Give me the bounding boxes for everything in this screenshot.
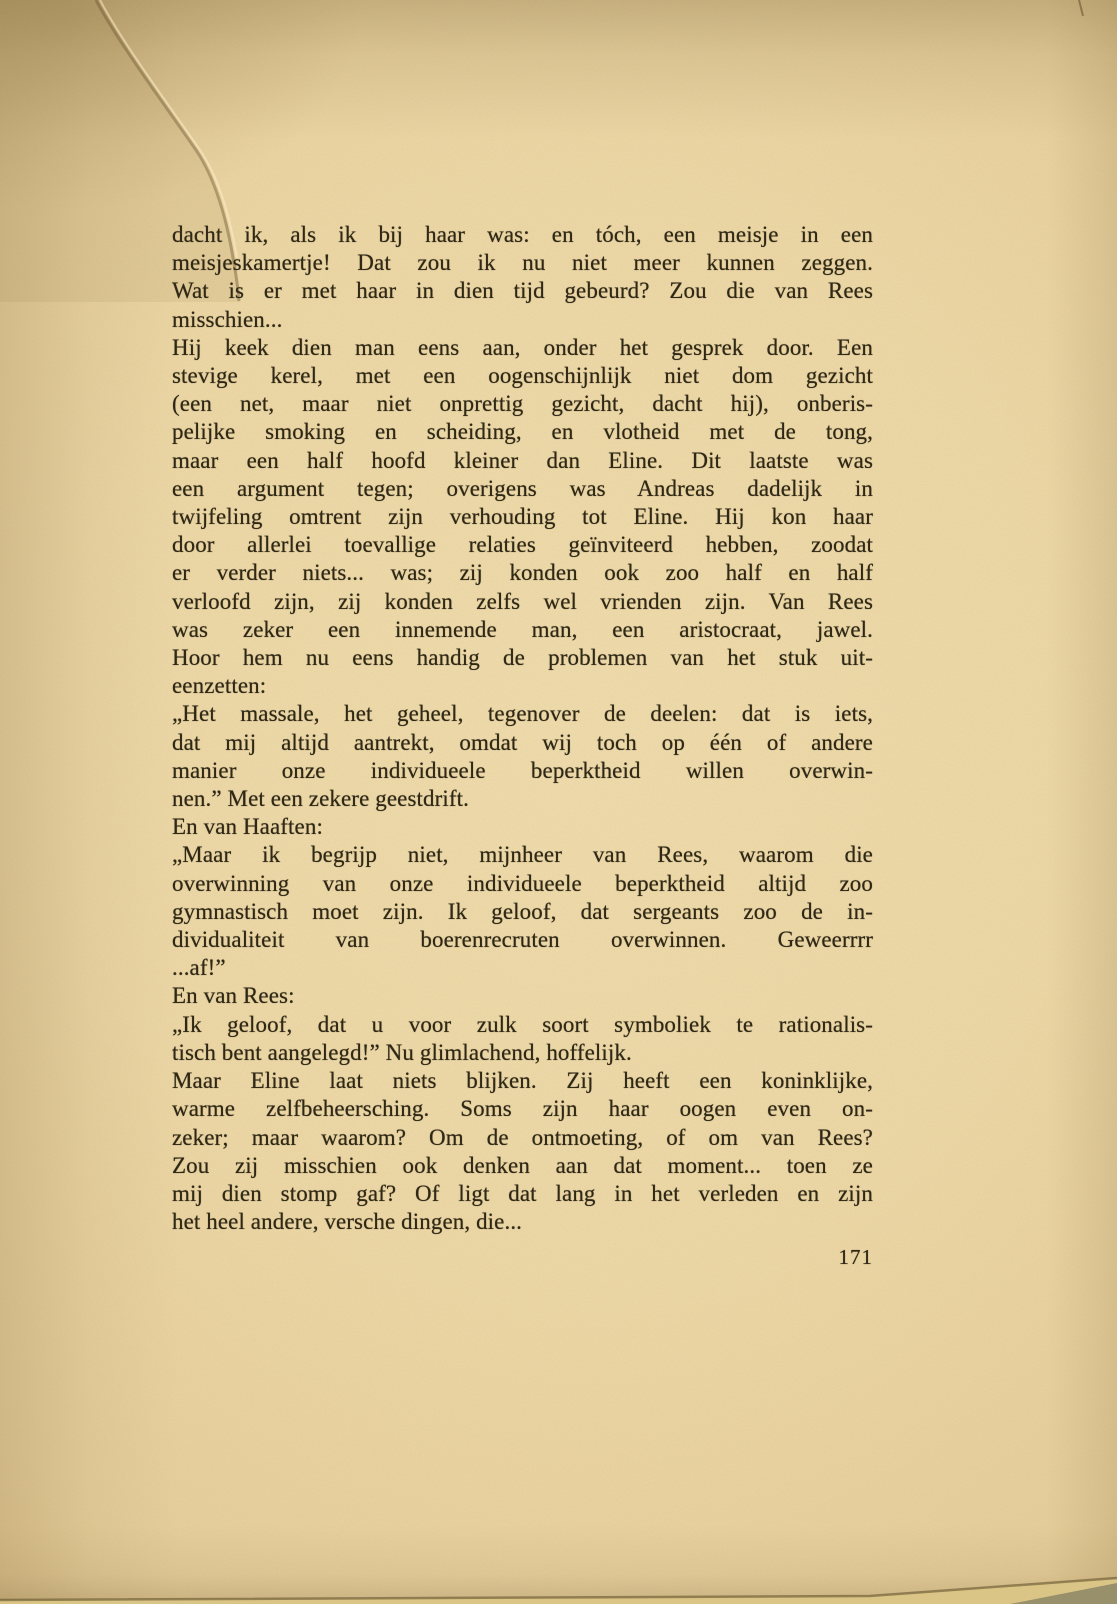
text-line: eenzetten:	[172, 672, 873, 700]
crease-highlight	[100, 0, 237, 258]
text-line: gymnastisch moet zijn. Ik geloof, dat se…	[172, 898, 873, 926]
text-line: Hij keek dien man eens aan, onder het ge…	[172, 334, 873, 362]
text-line: door allerlei toevallige relaties geïnvi…	[172, 531, 873, 559]
page-number: 171	[172, 1243, 873, 1271]
text-line: was zeker een innemende man, een aristoc…	[172, 616, 873, 644]
text-line: twijfeling omtrent zijn verhouding tot E…	[172, 503, 873, 531]
text-line: (een net, maar niet onprettig gezicht, d…	[172, 390, 873, 418]
text-line: Hoor hem nu eens handig de problemen van…	[172, 644, 873, 672]
page-bottom-edge	[0, 1578, 1117, 1604]
text-block: dacht ik, als ik bij haar was: en tóch, …	[172, 221, 873, 1272]
text-line: meisjeskamertje! Dat zou ik nu niet meer…	[172, 249, 873, 277]
text-line: pelijke smoking en scheiding, en vlothei…	[172, 418, 873, 446]
text-line: een argument tegen; overigens was Andrea…	[172, 475, 873, 503]
text-line: En van Rees:	[172, 982, 873, 1010]
text-line: Maar Eline laat niets blijken. Zij heeft…	[172, 1067, 873, 1095]
text-line: manier onze individueele beperktheid wil…	[172, 757, 873, 785]
text-line: dacht ik, als ik bij haar was: en tóch, …	[172, 221, 873, 249]
text-line: verloofd zijn, zij konden zelfs wel vrie…	[172, 588, 873, 616]
text-line: dat mij altijd aantrekt, omdat wij toch …	[172, 729, 873, 757]
text-line: er verder niets... was; zij konden ook z…	[172, 559, 873, 587]
text-line: zeker; maar waarom? Om de ontmoeting, of…	[172, 1124, 873, 1152]
page-corner-wedge	[1010, 1583, 1117, 1604]
text-line: warme zelfbeheersching. Soms zijn haar o…	[172, 1095, 873, 1123]
text-line: „Maar ik begrijp niet, mijnheer van Rees…	[172, 841, 873, 869]
text-line: ...af!”	[172, 954, 873, 982]
text-line: „Ik geloof, dat u voor zulk soort symbol…	[172, 1011, 873, 1039]
scratch-mark	[1079, 0, 1083, 16]
text-line: Wat is er met haar in dien tijd gebeurd?…	[172, 277, 873, 305]
text-line: Zou zij misschien ook denken aan dat mom…	[172, 1152, 873, 1180]
text-line: nen.” Met een zekere geestdrift.	[172, 785, 873, 813]
text-line: misschien...	[172, 306, 873, 334]
book-page: dacht ik, als ik bij haar was: en tóch, …	[0, 0, 1117, 1604]
text-line: En van Haaften:	[172, 813, 873, 841]
text-line: tisch bent aangelegd!” Nu glimlachend, h…	[172, 1039, 873, 1067]
text-line: het heel andere, versche dingen, die...	[172, 1208, 873, 1236]
text-line: dividualiteit van boerenrecruten overwin…	[172, 926, 873, 954]
text-line: stevige kerel, met een oogenschijnlijk n…	[172, 362, 873, 390]
text-line: maar een half hoofd kleiner dan Eline. D…	[172, 447, 873, 475]
text-line: overwinning van onze individueele beperk…	[172, 870, 873, 898]
page-bottom-edge-line	[0, 1578, 1117, 1600]
text-line: „Het massale, het geheel, tegenover de d…	[172, 700, 873, 728]
text-line: mij dien stomp gaf? Of ligt dat lang in …	[172, 1180, 873, 1208]
